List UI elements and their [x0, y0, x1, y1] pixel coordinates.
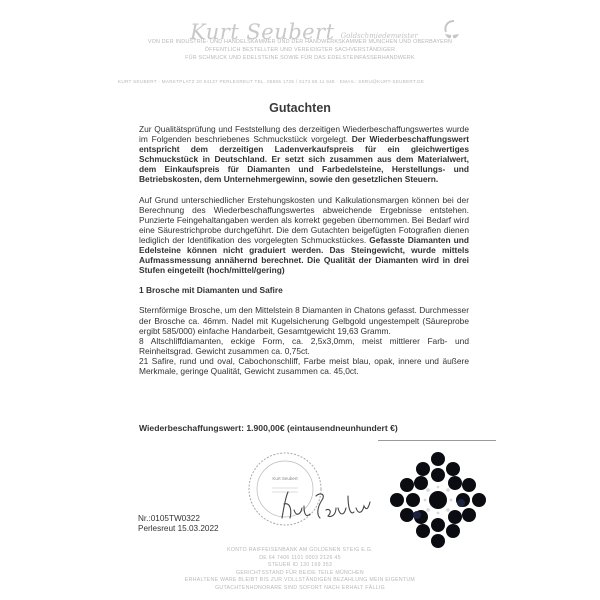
reference-number: Nr.:0105TW0322 — [138, 514, 219, 524]
item-description: Sternförmige Brosche, um den Mittelstein… — [139, 305, 469, 335]
footer-line: Konto Raiffeisenbank am Goldenen Steig e… — [0, 547, 600, 555]
document-body: Zur Qualitätsprüfung und Feststellung de… — [139, 124, 469, 376]
item-sapphires: 21 Safire, rund und oval, Cabochonschlif… — [139, 356, 469, 376]
item-title: 1 Brosche mit Diamanten und Safire — [139, 285, 469, 295]
paragraph-intro: Zur Qualitätsprüfung und Feststellung de… — [139, 124, 469, 185]
credentials-line: für Schmuck und Edelsteine sowie für das… — [0, 54, 600, 62]
reference-block: Nr.:0105TW0322 Perlesreut 15.03.2022 — [138, 514, 219, 534]
credentials-line: öffentlich bestellter und vereidigter Sa… — [0, 46, 600, 54]
footer-line: DE 64 7406 1101 0003 2126 45 — [0, 555, 600, 563]
signature-icon — [270, 488, 380, 524]
brooch-photo — [383, 445, 493, 555]
footer-line: Gutachtenhonorare sind sofort nach Erhal… — [0, 585, 600, 593]
svg-text:Kurt Seubert: Kurt Seubert — [272, 476, 298, 481]
place-date: Perlesreut 15.03.2022 — [138, 524, 219, 534]
footer: Konto Raiffeisenbank am Goldenen Steig e… — [0, 547, 600, 593]
credentials: Von der Industrie- und Handelskammer und… — [0, 38, 600, 62]
credentials-line: Von der Industrie- und Handelskammer und… — [0, 38, 600, 46]
footer-line: Erhaltene Ware bleibt bis zur vollständi… — [0, 577, 600, 585]
document-title: Gutachten — [0, 101, 600, 115]
paragraph-notes: Auf Grund unterschiedlicher Erstehungsko… — [139, 195, 469, 276]
replacement-value: Wiederbeschaffungswert: 1.900,00€ (einta… — [139, 423, 499, 433]
item-diamonds: 8 Altschliffdiamanten, eckige Form, ca. … — [139, 336, 469, 356]
address-line: Kurt Seubert · Marktplatz 20 94137 Perle… — [118, 79, 518, 84]
divider — [378, 440, 496, 441]
footer-line: Steuer ID 130 169 353 — [0, 562, 600, 570]
